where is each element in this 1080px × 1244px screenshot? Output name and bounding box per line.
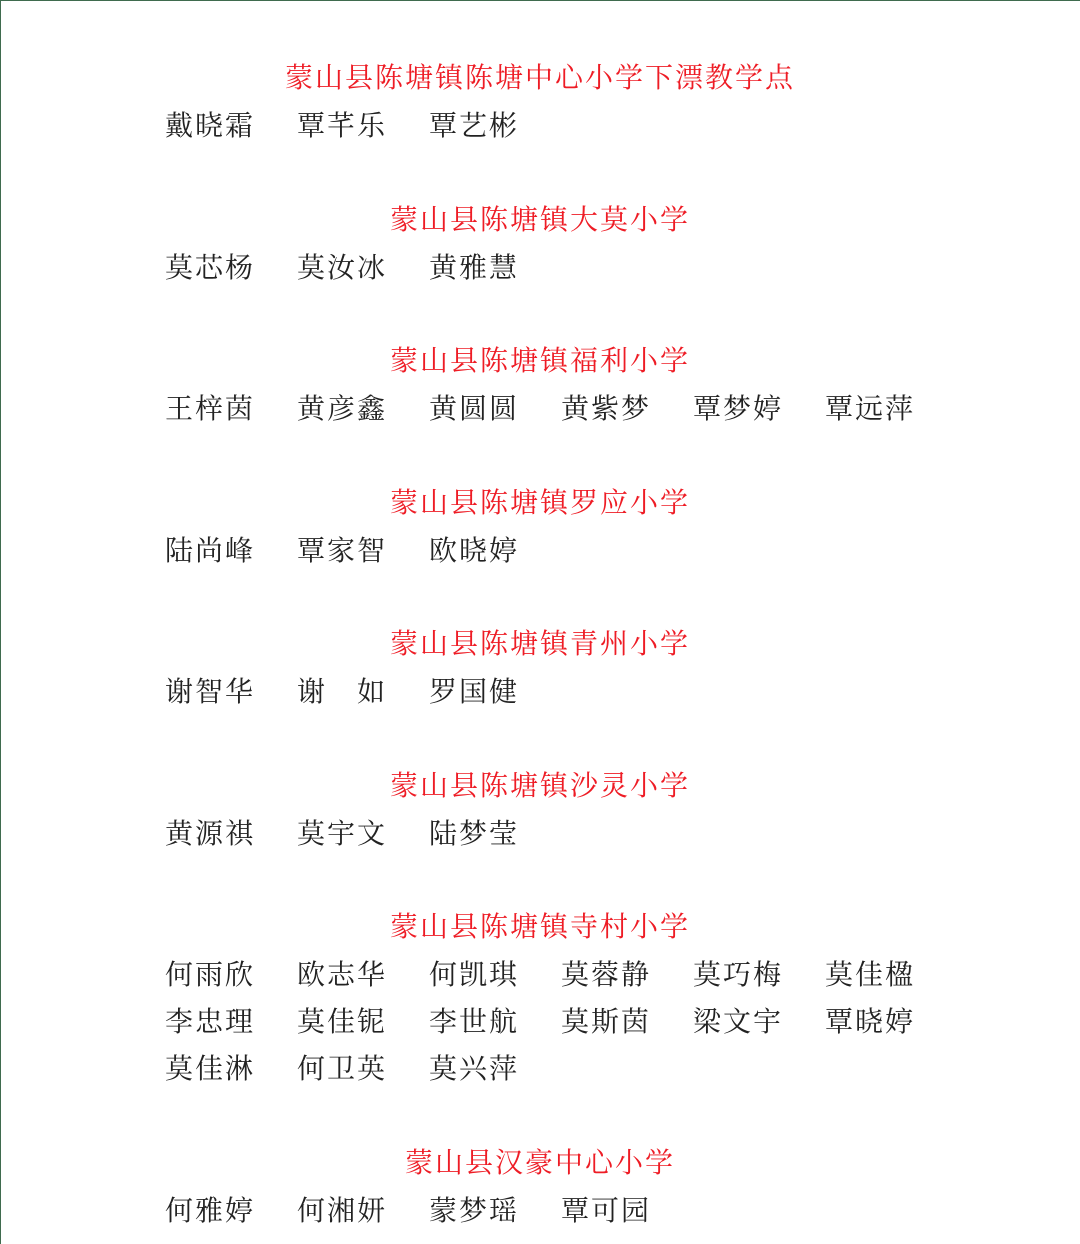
student-name: 覃梦婷 (693, 391, 783, 427)
student-name: 黄彦鑫 (297, 391, 387, 427)
student-names: 何雨欣 欧志华 何凯琪 莫蓉静 莫巧梅 莫佳楹 李忠理 莫佳铌 李世航 莫斯茵 … (165, 957, 965, 1098)
student-name: 莫宇文 (297, 816, 387, 852)
school-title: 蒙山县陈塘镇青州小学 (0, 626, 1080, 662)
student-name: 王梓茵 (165, 391, 255, 427)
name-row: 莫佳淋 何卫英 莫兴萍 (165, 1051, 965, 1098)
student-name: 莫斯茵 (561, 1004, 651, 1040)
student-name: 蒙梦瑶 (429, 1193, 519, 1229)
student-names: 戴晓霜 覃芊乐 覃艺彬 (165, 108, 965, 155)
student-names: 陆尚峰 覃家智 欧晓婷 (165, 533, 965, 580)
name-row: 谢智华 谢 如 罗国健 (165, 674, 965, 721)
name-row: 王梓茵 黄彦鑫 黄圆圆 黄紫梦 覃梦婷 覃远萍 (165, 391, 965, 438)
name-row: 李忠理 莫佳铌 李世航 莫斯茵 梁文宇 覃晓婷 (165, 1004, 965, 1051)
student-name: 欧志华 (297, 957, 387, 993)
name-row: 莫芯杨 莫汝冰 黄雅慧 (165, 250, 965, 297)
school-title: 蒙山县陈塘镇沙灵小学 (0, 768, 1080, 804)
student-name: 莫兴萍 (429, 1051, 519, 1087)
student-name: 莫佳淋 (165, 1051, 255, 1087)
student-name: 谢 如 (297, 674, 387, 710)
student-name: 黄紫梦 (561, 391, 651, 427)
student-name: 黄圆圆 (429, 391, 519, 427)
student-name: 覃芊乐 (297, 108, 387, 144)
student-name: 陆梦莹 (429, 816, 519, 852)
student-name: 覃晓婷 (825, 1004, 915, 1040)
student-name: 罗国健 (429, 674, 519, 710)
student-name: 莫佳铌 (297, 1004, 387, 1040)
school-title: 蒙山县汉豪中心小学 (0, 1145, 1080, 1181)
student-name: 李世航 (429, 1004, 519, 1040)
student-name: 何湘妍 (297, 1193, 387, 1229)
student-names: 王梓茵 黄彦鑫 黄圆圆 黄紫梦 覃梦婷 覃远萍 (165, 391, 965, 438)
student-name: 覃远萍 (825, 391, 915, 427)
student-name: 莫佳楹 (825, 957, 915, 993)
student-name: 何雅婷 (165, 1193, 255, 1229)
school-title: 蒙山县陈塘镇大莫小学 (0, 202, 1080, 238)
student-name: 何雨欣 (165, 957, 255, 993)
student-names: 莫芯杨 莫汝冰 黄雅慧 (165, 250, 965, 297)
student-name: 戴晓霜 (165, 108, 255, 144)
student-names: 黄源祺 莫宇文 陆梦莹 (165, 816, 965, 863)
name-row: 陆尚峰 覃家智 欧晓婷 (165, 533, 965, 580)
student-name: 陆尚峰 (165, 533, 255, 569)
name-row: 戴晓霜 覃芊乐 覃艺彬 (165, 108, 965, 155)
school-title: 蒙山县陈塘镇寺村小学 (0, 909, 1080, 945)
student-name: 何卫英 (297, 1051, 387, 1087)
student-name: 何凯琪 (429, 957, 519, 993)
name-row: 黄源祺 莫宇文 陆梦莹 (165, 816, 965, 863)
student-name: 黄源祺 (165, 816, 255, 852)
student-name: 梁文宇 (693, 1004, 783, 1040)
student-name: 莫芯杨 (165, 250, 255, 286)
student-name: 覃艺彬 (429, 108, 519, 144)
name-row: 何雨欣 欧志华 何凯琪 莫蓉静 莫巧梅 莫佳楹 (165, 957, 965, 1004)
student-names: 何雅婷 何湘妍 蒙梦瑶 覃可园 (165, 1193, 965, 1240)
student-name: 谢智华 (165, 674, 255, 710)
student-name: 莫巧梅 (693, 957, 783, 993)
student-name: 欧晓婷 (429, 533, 519, 569)
student-name: 莫蓉静 (561, 957, 651, 993)
student-name: 覃家智 (297, 533, 387, 569)
student-name: 黄雅慧 (429, 250, 519, 286)
student-name: 莫汝冰 (297, 250, 387, 286)
student-name: 覃可园 (561, 1193, 651, 1229)
student-name: 李忠理 (165, 1004, 255, 1040)
school-title: 蒙山县陈塘镇陈塘中心小学下漂教学点 (0, 60, 1080, 96)
school-title: 蒙山县陈塘镇福利小学 (0, 343, 1080, 379)
student-names: 谢智华 谢 如 罗国健 (165, 674, 965, 721)
name-row: 何雅婷 何湘妍 蒙梦瑶 覃可园 (165, 1193, 965, 1240)
school-title: 蒙山县陈塘镇罗应小学 (0, 485, 1080, 521)
